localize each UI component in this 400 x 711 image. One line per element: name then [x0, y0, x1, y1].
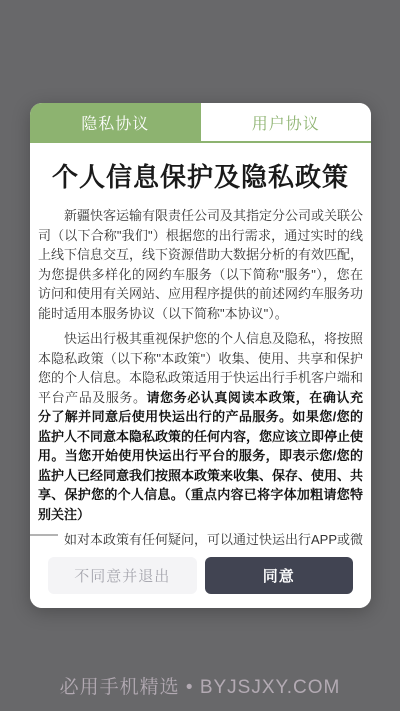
content-divider-stub — [30, 534, 58, 536]
dialog-footer: 不同意并退出 同意 — [30, 548, 371, 608]
tab-privacy-agreement[interactable]: 隐私协议 — [30, 103, 201, 141]
policy-paragraph: 如对本政策有任何疑问，可以通过快运出行APP或微信公众号公布的联系方式与我们联系… — [38, 530, 363, 548]
tab-user-agreement[interactable]: 用户协议 — [201, 103, 372, 141]
privacy-policy-dialog: 隐私协议 用户协议 个人信息保护及隐私政策 新疆快客运输有限责任公司及其指定分公… — [30, 103, 371, 608]
policy-paragraph: 快运出行极其重视保护您的个人信息及隐私，将按照本隐私政策（以下称"本政策"）收集… — [38, 329, 363, 524]
paragraph-text: 新疆快客运输有限责任公司及其指定分公司或关联公司（以下合称"我们"）根据您的出行… — [38, 208, 363, 321]
app-screen: { "modal": { "tabs": [ { "label": "隐私协议"… — [0, 0, 400, 711]
agreement-tabbar: 隐私协议 用户协议 — [30, 103, 371, 143]
disagree-exit-button[interactable]: 不同意并退出 — [48, 557, 197, 594]
watermark-text: 必用手机精选 • BYJSJXY.COM — [0, 672, 400, 699]
paragraph-bold-text: 请您务必认真阅读本政策，在确认充分了解并同意后使用快运出行的产品服务。如果您/您… — [38, 390, 363, 522]
agree-button[interactable]: 同意 — [205, 557, 354, 594]
policy-title: 个人信息保护及隐私政策 — [38, 157, 363, 194]
policy-paragraph: 新疆快客运输有限责任公司及其指定分公司或关联公司（以下合称"我们"）根据您的出行… — [38, 206, 363, 323]
policy-scroll-area[interactable]: 个人信息保护及隐私政策 新疆快客运输有限责任公司及其指定分公司或关联公司（以下合… — [30, 143, 371, 548]
paragraph-text: 如对本政策有任何疑问，可以通过快运出行APP或微信公众号公布的联系方式与我们联系… — [38, 532, 363, 548]
